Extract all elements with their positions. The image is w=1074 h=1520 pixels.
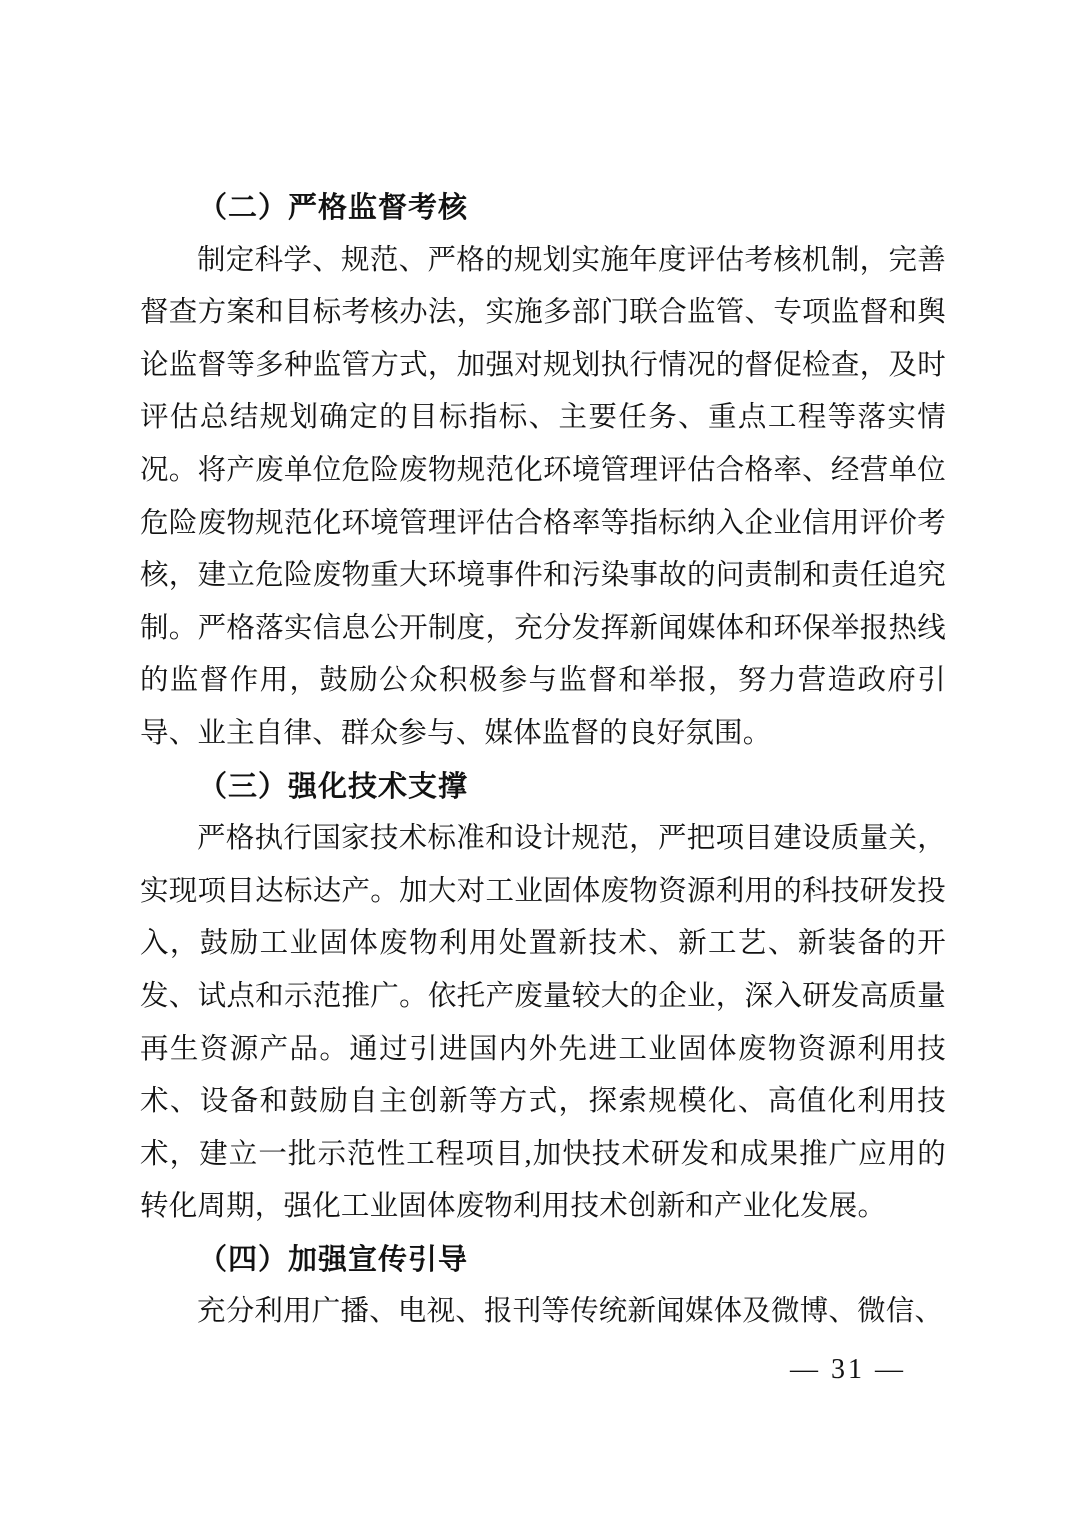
section-heading-2: （二）严格监督考核 (140, 182, 946, 235)
section-paragraph-3: 严格执行国家技术标准和设计规范，严把项目建设质量关，实现项目达标达产。加大对工业… (140, 813, 946, 1234)
page-number: — 31 — (790, 1348, 906, 1392)
section-heading-3: （三）强化技术支撑 (140, 761, 946, 814)
section-paragraph-4: 充分利用广播、电视、报刊等传统新闻媒体及微博、微信、 (140, 1286, 946, 1339)
document-page: （二）严格监督考核 制定科学、规范、严格的规划实施年度评估考核机制，完善督查方案… (0, 0, 1074, 1520)
section-paragraph-2: 制定科学、规范、严格的规划实施年度评估考核机制，完善督查方案和目标考核办法，实施… (140, 235, 946, 761)
document-body: （二）严格监督考核 制定科学、规范、严格的规划实施年度评估考核机制，完善督查方案… (140, 182, 946, 1339)
section-heading-4: （四）加强宣传引导 (140, 1234, 946, 1287)
